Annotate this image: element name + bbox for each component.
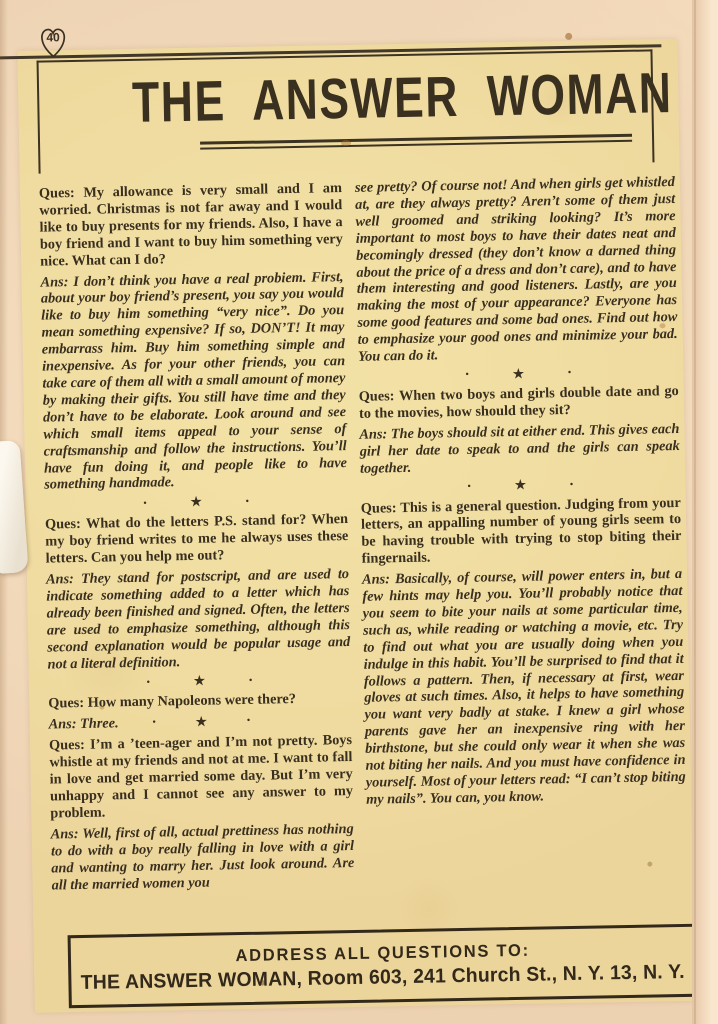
qa-prefix: Ques: (48, 695, 88, 712)
dot-icon: • (246, 497, 249, 506)
page-title: THE ANSWER WOMAN (113, 67, 591, 133)
dot-icon: • (247, 716, 250, 725)
dot-icon: • (466, 370, 469, 379)
dot-icon: • (568, 368, 571, 377)
star-separator: •★• (45, 492, 348, 512)
qa-prefix: Ques: (361, 500, 401, 517)
question-paragraph: Ques: This is a general question. Judgin… (361, 494, 682, 567)
answer-paragraph: Ans: Well, first of all, actual prettine… (51, 821, 355, 894)
article-columns: Ques: My allowance is very small and I a… (39, 174, 688, 898)
page-number-heart: 40 (36, 23, 71, 60)
dot-icon: • (249, 676, 252, 685)
dot-icon: • (153, 718, 156, 727)
address-box: ADDRESS ALL QUESTIONS TO: THE ANSWER WOM… (68, 924, 698, 1009)
question-paragraph: Ques: I’m a ’teen-ager and I’m not prett… (49, 732, 353, 822)
star-separator: •★• (48, 671, 351, 691)
answer-paragraph: Ans: Basically, of course, will power en… (362, 566, 686, 809)
qa-prefix: Ques: (39, 185, 84, 202)
dot-icon: • (570, 480, 573, 489)
dot-icon: • (143, 499, 146, 508)
dot-icon: • (468, 482, 471, 491)
answer-paragraph: Ans: The boys should sit at either end. … (359, 421, 680, 478)
qa-prefix: Ans: (40, 274, 73, 291)
paper-speck (99, 706, 104, 710)
rotated-scan-area: 40 THE ANSWER WOMAN Ques: My allowance i… (0, 0, 718, 1024)
column-left: Ques: My allowance is very small and I a… (39, 180, 355, 898)
star-icon: ★ (194, 675, 205, 688)
dot-icon: • (147, 678, 150, 687)
qa-prefix: Ans: (49, 716, 81, 733)
qa-prefix: Ans: (46, 571, 81, 588)
star-separator: •★• (152, 714, 250, 728)
answer-paragraph: Ans: They stand for postscript, and are … (46, 566, 351, 673)
title-double-rule (200, 134, 632, 150)
star-icon: ★ (190, 496, 201, 509)
question-paragraph: Ques: My allowance is very small and I a… (39, 180, 343, 270)
scanned-magazine-page: { "page_number": "40", "title": "THE ANS… (0, 0, 718, 1024)
answer-paragraph: Ans: I don’t think you have a real probi… (40, 269, 347, 494)
page-number: 40 (36, 30, 70, 45)
star-separator: •★• (358, 364, 678, 384)
star-icon: ★ (513, 368, 524, 381)
star-separator: •★• (360, 475, 680, 495)
paper-speck (260, 980, 264, 986)
paper-speck (659, 323, 665, 328)
answer-continuation-paragraph: see pretty? Of course not! And when girl… (355, 174, 678, 366)
answer-paragraph: Ans: Three.•★• (49, 711, 352, 733)
question-paragraph: Ques: What do the letters P.S. stand for… (45, 511, 349, 567)
address-heading: ADDRESS ALL QUESTIONS TO: (235, 940, 530, 965)
qa-prefix: Ques: (359, 388, 400, 405)
qa-prefix: Ans: (359, 426, 391, 443)
qa-prefix: Ques: (45, 516, 86, 533)
question-paragraph: Ques: When two boys and girls double dat… (359, 383, 680, 423)
qa-prefix: Ques: (49, 737, 90, 754)
star-icon: ★ (515, 479, 526, 492)
qa-prefix: Ans: (362, 571, 395, 588)
question-paragraph: Ques: How many Napoleons were there? (48, 690, 351, 712)
column-right: see pretty? Of course not! And when girl… (355, 174, 688, 892)
page-crease-line (694, 0, 696, 1024)
star-icon: ★ (196, 715, 207, 728)
qa-prefix: Ans: (51, 826, 83, 843)
address-line: THE ANSWER WOMAN, Room 603, 241 Church S… (81, 960, 685, 994)
paper-speck (647, 862, 652, 867)
paper-speck (565, 33, 572, 40)
title-box: THE ANSWER WOMAN (37, 49, 655, 173)
